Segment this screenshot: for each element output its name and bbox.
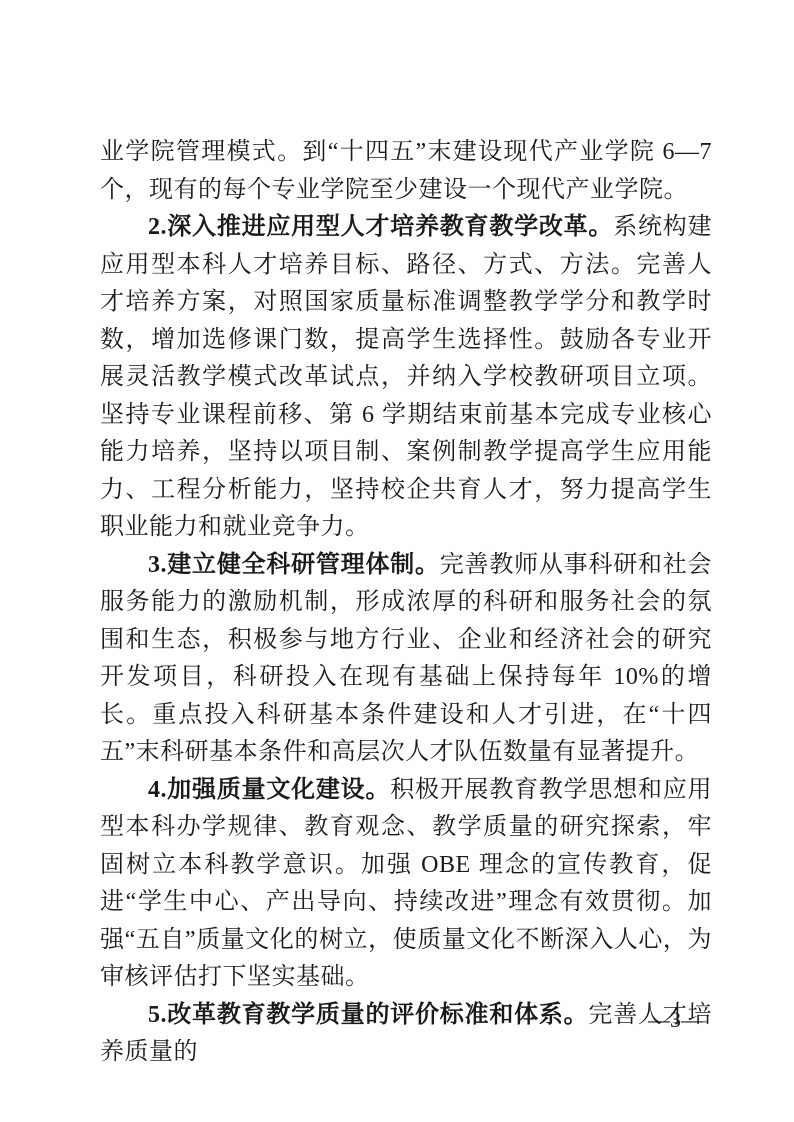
paragraph-lead: 5.改革教育教学质量的评价标准和体系。 (148, 1002, 588, 1028)
paragraph-text: 积极开展教育教学思想和应用型本科办学规律、教育观念、教学质量的研究探索，牢固树立… (100, 777, 712, 991)
page-number: —3— (648, 1005, 703, 1035)
paragraph-text: 系统构建应用型本科人才培养目标、路径、方式、方法。完善人才培养方案，对照国家质量… (100, 214, 712, 540)
paragraph: 2.深入推进应用型人才培养教育教学改革。系统构建应用型本科人才培养目标、路径、方… (100, 209, 712, 547)
paragraph: 3.建立健全科研管理体制。完善教师从事科研和社会服务能力的激励机制，形成浓厚的科… (100, 547, 712, 772)
paragraph-lead: 3.建立健全科研管理体制。 (148, 552, 440, 578)
paragraph: 5.改革教育教学质量的评价标准和体系。完善人才培养质量的 (100, 997, 712, 1072)
paragraph-lead: 4.加强质量文化建设。 (148, 777, 390, 803)
document-page: 业学院管理模式。到“十四五”末建设现代产业学院 6—7 个，现有的每个专业学院至… (0, 0, 794, 1122)
paragraph: 业学院管理模式。到“十四五”末建设现代产业学院 6—7 个，现有的每个专业学院至… (100, 134, 712, 209)
paragraph-text: 业学院管理模式。到“十四五”末建设现代产业学院 6—7 个，现有的每个专业学院至… (100, 139, 712, 203)
paragraph-text: 完善教师从事科研和社会服务能力的激励机制，形成浓厚的科研和服务社会的氛围和生态，… (100, 552, 712, 766)
paragraph-lead: 2.深入推进应用型人才培养教育教学改革。 (148, 214, 613, 240)
document-body: 业学院管理模式。到“十四五”末建设现代产业学院 6—7 个，现有的每个专业学院至… (100, 134, 712, 1072)
paragraph: 4.加强质量文化建设。积极开展教育教学思想和应用型本科办学规律、教育观念、教学质… (100, 772, 712, 997)
